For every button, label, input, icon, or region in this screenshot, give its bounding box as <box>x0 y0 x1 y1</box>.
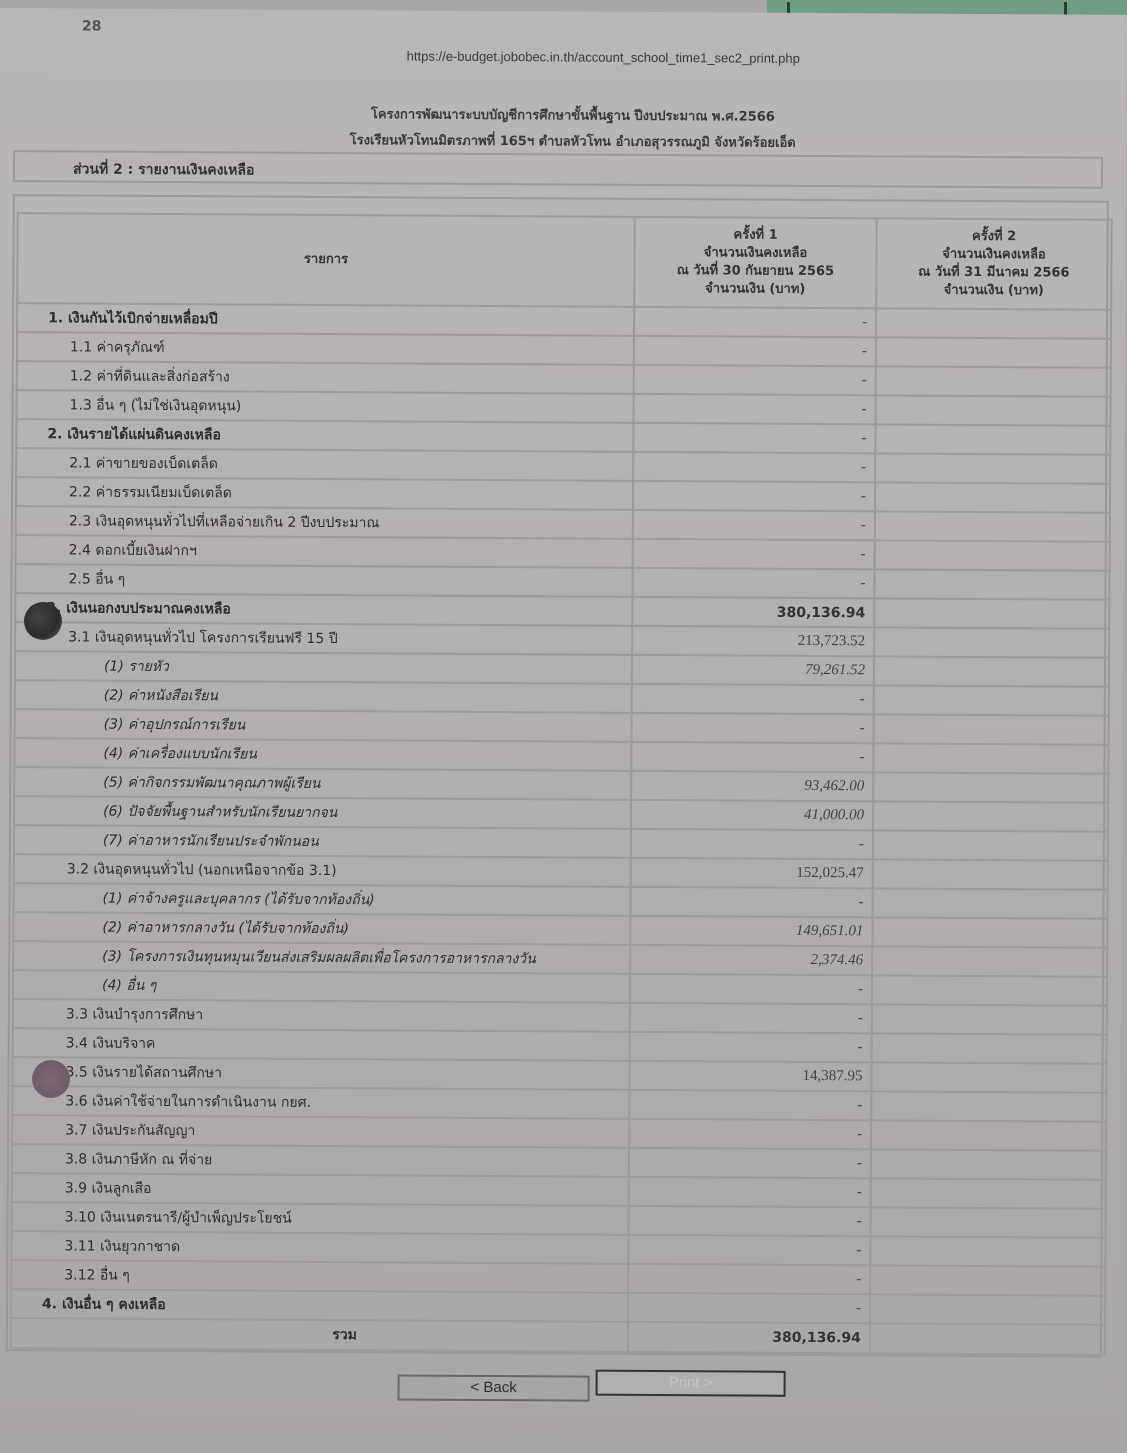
row-label: 3.5 เงินรายได้สถานศึกษา <box>12 1057 629 1090</box>
printed-page: 28 https://e-budget.jobobec.in.th/accoun… <box>0 8 1127 1453</box>
row-value-period-1: - <box>632 684 874 714</box>
row-value-period-2 <box>875 540 1110 570</box>
row-label: (1) ค่าจ้างครูและบุคลากร (ได้รับจากท้องถ… <box>13 883 630 916</box>
hole-punch-mark <box>24 602 62 640</box>
row-label: (4) อื่น ๆ <box>13 970 630 1003</box>
row-value-period-1: - <box>633 452 875 482</box>
row-label: 3.3 เงินบำรุงการศึกษา <box>13 999 630 1032</box>
row-value-period-1: 2,374.46 <box>630 945 872 975</box>
row-label: 3.4 เงินบริจาค <box>13 1028 630 1061</box>
row-label: (3) โครงการเงินทุนหมุนเวียนส่งเสริมผลผลิ… <box>13 941 630 974</box>
row-value-period-1: 149,651.01 <box>630 916 872 946</box>
row-value-period-1: - <box>630 974 872 1004</box>
row-label: 3.1 เงินอุดหนุนทั่วไป โครงการเรียนฟรี 15… <box>15 622 632 655</box>
row-value-period-1: - <box>629 1206 871 1236</box>
row-value-period-2 <box>870 1265 1105 1295</box>
row-value-period-1: - <box>633 539 875 569</box>
row-value-period-1: - <box>632 713 874 743</box>
balance-table: รายการ ครั้งที่ 1 จำนวนเงินคงเหลือ ณ วัน… <box>10 212 1113 1356</box>
row-label: 3.10 เงินเนตรนารี/ผู้บำเพ็ญประโยชน์ <box>12 1202 629 1235</box>
row-label: 2.2 ค่าธรรมเนียมเบ็ดเตล็ด <box>16 477 633 510</box>
row-value-period-1: - <box>634 365 876 395</box>
row-label: 3.7 เงินประกันสัญญา <box>12 1115 629 1148</box>
print-button[interactable]: Print > <box>596 1370 786 1397</box>
row-label: 2.1 ค่าขายของเบ็ดเตล็ด <box>16 448 633 481</box>
row-label: 3.6 เงินค่าใช้จ่ายในการดำเนินงาน กยศ. <box>12 1086 629 1119</box>
row-value-period-2 <box>873 743 1108 773</box>
row-value-period-1: 41,000.00 <box>631 800 873 830</box>
row-value-period-2 <box>874 598 1109 628</box>
section-title: ส่วนที่ 2 : รายงานเงินคงเหลือ <box>73 161 255 178</box>
row-label: 4. เงินอื่น ๆ คงเหลือ <box>11 1289 628 1322</box>
row-value-period-2 <box>872 1004 1107 1034</box>
row-value-period-1: 14,387.95 <box>629 1061 871 1091</box>
row-value-period-2 <box>872 946 1107 976</box>
row-value-period-1: - <box>631 829 873 859</box>
row-label: 2. เงินรายได้แผ่นดินคงเหลือ <box>16 419 633 452</box>
row-label: 3. เงินนอกงบประมาณคงเหลือ <box>15 593 632 626</box>
row-value-period-1: - <box>634 336 876 366</box>
row-value-period-1: - <box>629 1177 871 1207</box>
header-period-2: ครั้งที่ 2 จำนวนเงินคงเหลือ ณ วันที่ 31 … <box>876 218 1112 309</box>
row-value-period-2 <box>872 975 1107 1005</box>
row-label: (5) ค่ากิจกรรมพัฒนาคุณภาพผู้เรียน <box>14 767 631 800</box>
row-value-period-2 <box>871 1091 1106 1121</box>
row-value-period-2 <box>873 859 1108 889</box>
row-value-period-1: - <box>631 742 873 772</box>
row-value-period-1: - <box>633 423 875 453</box>
row-value-period-1: - <box>633 394 875 424</box>
row-value-period-1: 152,025.47 <box>631 858 873 888</box>
page-number: 28 <box>82 19 102 35</box>
row-value-period-1: - <box>628 1293 870 1323</box>
row-value-period-2 <box>873 830 1108 860</box>
row-value-period-2 <box>871 1120 1106 1150</box>
row-label: 3.12 อื่น ๆ <box>11 1260 628 1293</box>
row-value-period-2 <box>871 1178 1106 1208</box>
total-value-period-1: 380,136.94 <box>628 1322 870 1353</box>
hole-punch-mark <box>32 1060 70 1098</box>
row-label: 3.2 เงินอุดหนุนทั่วไป (นอกเหนือจากข้อ 3.… <box>14 854 631 887</box>
row-label: (7) ค่าอาหารนักเรียนประจำพักนอน <box>14 825 631 858</box>
row-value-period-2 <box>870 1236 1105 1266</box>
back-button[interactable]: < Back <box>398 1374 590 1401</box>
row-value-period-2 <box>874 656 1109 686</box>
row-value-period-2 <box>872 917 1107 947</box>
row-value-period-2 <box>874 569 1109 599</box>
row-value-period-2 <box>875 395 1110 425</box>
total-label: รวม <box>11 1318 628 1352</box>
row-value-period-2 <box>873 772 1108 802</box>
row-value-period-2 <box>875 511 1110 541</box>
row-value-period-2 <box>871 1062 1106 1092</box>
row-value-period-2 <box>871 1207 1106 1237</box>
table-body: 1. เงินกันไว้เบิกจ่ายเหลื่อมปี-1.1 ค่าคร… <box>11 303 1111 1325</box>
row-label: 3.8 เงินภาษีหัก ณ ที่จ่าย <box>12 1144 629 1177</box>
row-value-period-2 <box>875 482 1110 512</box>
row-value-period-2 <box>870 1294 1105 1324</box>
row-value-period-1: - <box>633 510 875 540</box>
report-table-container: รายการ ครั้งที่ 1 จำนวนเงินคงเหลือ ณ วัน… <box>6 194 1109 1358</box>
row-value-period-1: - <box>628 1264 870 1294</box>
row-value-period-1: - <box>630 887 872 917</box>
row-value-period-2 <box>873 801 1108 831</box>
row-label: 2.4 ดอกเบี้ยเงินฝากฯ <box>16 535 633 568</box>
row-value-period-1: - <box>628 1235 870 1265</box>
table-header-row: รายการ ครั้งที่ 1 จำนวนเงินคงเหลือ ณ วัน… <box>17 213 1112 310</box>
row-value-period-1: 79,261.52 <box>632 655 874 685</box>
row-label: 3.9 เงินลูกเสือ <box>12 1173 629 1206</box>
row-label: (3) ค่าอุปกรณ์การเรียน <box>15 709 632 742</box>
row-value-period-2 <box>876 366 1111 396</box>
row-value-period-2 <box>872 1033 1107 1063</box>
row-label: (1) รายหัว <box>15 651 632 684</box>
row-value-period-1: 93,462.00 <box>631 771 873 801</box>
row-value-period-1: - <box>634 307 876 337</box>
row-label: (6) ปัจจัยพื้นฐานสำหรับนักเรียนยากจน <box>14 796 631 829</box>
header-period-1: ครั้งที่ 1 จำนวนเงินคงเหลือ ณ วันที่ 30 … <box>634 217 877 308</box>
row-value-period-2 <box>876 308 1111 338</box>
row-value-period-1: - <box>632 568 874 598</box>
row-value-period-1: 213,723.52 <box>632 626 874 656</box>
row-value-period-2 <box>875 424 1110 454</box>
row-value-period-2 <box>874 714 1109 744</box>
total-row: รวม 380,136.94 <box>11 1318 1105 1355</box>
row-value-period-1: - <box>629 1090 871 1120</box>
row-value-period-2 <box>876 337 1111 367</box>
total-value-period-2 <box>870 1323 1105 1354</box>
row-value-period-2 <box>871 1149 1106 1179</box>
row-label: (2) ค่าอาหารกลางวัน (ได้รับจากท้องถิ่น) <box>13 912 630 945</box>
row-value-period-1: - <box>629 1119 871 1149</box>
row-label: 2.5 อื่น ๆ <box>15 564 632 597</box>
row-value-period-1: - <box>630 1003 872 1033</box>
row-label: (2) ค่าหนังสือเรียน <box>15 680 632 713</box>
row-value-period-1: 380,136.94 <box>632 597 874 627</box>
row-label: 2.3 เงินอุดหนุนทั่วไปที่เหลือจ่ายเกิน 2 … <box>16 506 633 539</box>
row-value-period-2 <box>872 888 1107 918</box>
row-value-period-1: - <box>629 1148 871 1178</box>
row-value-period-2 <box>875 453 1110 483</box>
row-label: 1.3 อื่น ๆ (ไม่ใช่เงินอุดหนุน) <box>16 390 633 423</box>
page-url: https://e-budget.jobobec.in.th/account_s… <box>407 48 800 65</box>
row-value-period-2 <box>874 685 1109 715</box>
row-label: 3.11 เงินยุวกาชาด <box>11 1231 628 1264</box>
row-label: (4) ค่าเครื่องแบบนักเรียน <box>14 738 631 771</box>
row-label: 1.1 ค่าครุภัณฑ์ <box>17 332 634 365</box>
row-value-period-1: - <box>630 1032 872 1062</box>
header-item: รายการ <box>17 213 635 307</box>
row-value-period-1: - <box>633 481 875 511</box>
row-label: 1.2 ค่าที่ดินและสิ่งก่อสร้าง <box>17 361 634 394</box>
row-label: 1. เงินกันไว้เบิกจ่ายเหลื่อมปี <box>17 303 634 336</box>
action-buttons: < Back Print > <box>398 1368 786 1402</box>
row-value-period-2 <box>874 627 1109 657</box>
section-header: ส่วนที่ 2 : รายงานเงินคงเหลือ <box>13 150 1103 189</box>
